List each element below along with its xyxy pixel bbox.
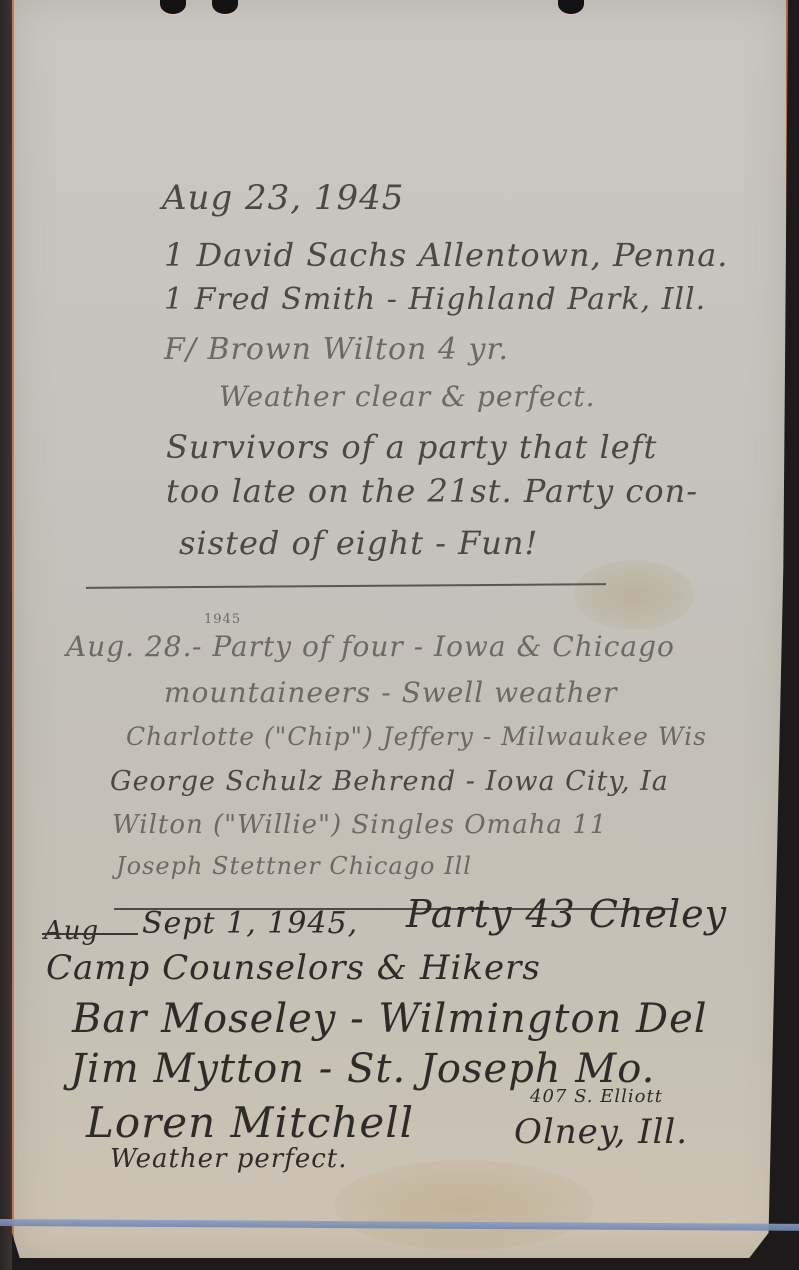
punch-hole xyxy=(558,0,584,14)
entry-line: Joseph Stettner Chicago Ill xyxy=(116,852,472,880)
entry-line: George Schulz Behrend - Iowa City, Ia xyxy=(110,766,669,797)
notebook-page: Aug 23, 1945 1 David Sachs Allentown, Pe… xyxy=(12,0,788,1258)
entry-line: Bar Moseley - Wilmington Del xyxy=(72,996,708,1042)
entry-line: Survivors of a party that left xyxy=(166,428,657,466)
entry-date: Aug 23, 1945 xyxy=(162,178,404,218)
address-line: Olney, Ill. xyxy=(514,1112,688,1152)
entry-line: mountaineers - Swell weather xyxy=(164,676,618,709)
date-annotation: 1945 xyxy=(204,612,241,627)
entry-line: Wilton ("Willie") Singles Omaha 11 xyxy=(112,810,607,840)
entry-line: Loren Mitchell xyxy=(86,1098,414,1147)
entry-line: sisted of eight - Fun! xyxy=(179,524,538,562)
entry-line: Party 43 Cheley xyxy=(406,892,727,936)
entry-line: F/ Brown Wilton 4 yr. xyxy=(164,332,509,367)
strikethrough-line xyxy=(42,933,138,935)
address-line: 407 S. Elliott xyxy=(530,1086,663,1107)
entry-line: too late on the 21st. Party con- xyxy=(166,472,698,510)
entry-line: 1 Fred Smith - Highland Park, Ill. xyxy=(164,282,706,317)
entry-line: - Party of four - Iowa & Chicago xyxy=(192,630,675,663)
punch-hole xyxy=(160,0,186,14)
entry-line: Camp Counselors & Hikers xyxy=(46,948,541,988)
struck-text: Aug xyxy=(44,916,99,946)
water-stain xyxy=(334,1160,594,1250)
entry-line: Weather perfect. xyxy=(110,1144,348,1174)
entry-line: Charlotte ("Chip") Jeffery - Milwaukee W… xyxy=(126,722,707,751)
entry-line: 1 David Sachs Allentown, Penna. xyxy=(164,236,728,274)
entry-line: Weather clear & perfect. xyxy=(219,380,596,413)
entry-date: Aug. 28. xyxy=(66,630,193,663)
background-edge xyxy=(0,0,12,1270)
water-stain xyxy=(574,560,694,630)
entry-date: Sept 1, 1945, xyxy=(142,906,358,941)
punch-hole xyxy=(212,0,238,14)
divider-line xyxy=(86,583,606,589)
